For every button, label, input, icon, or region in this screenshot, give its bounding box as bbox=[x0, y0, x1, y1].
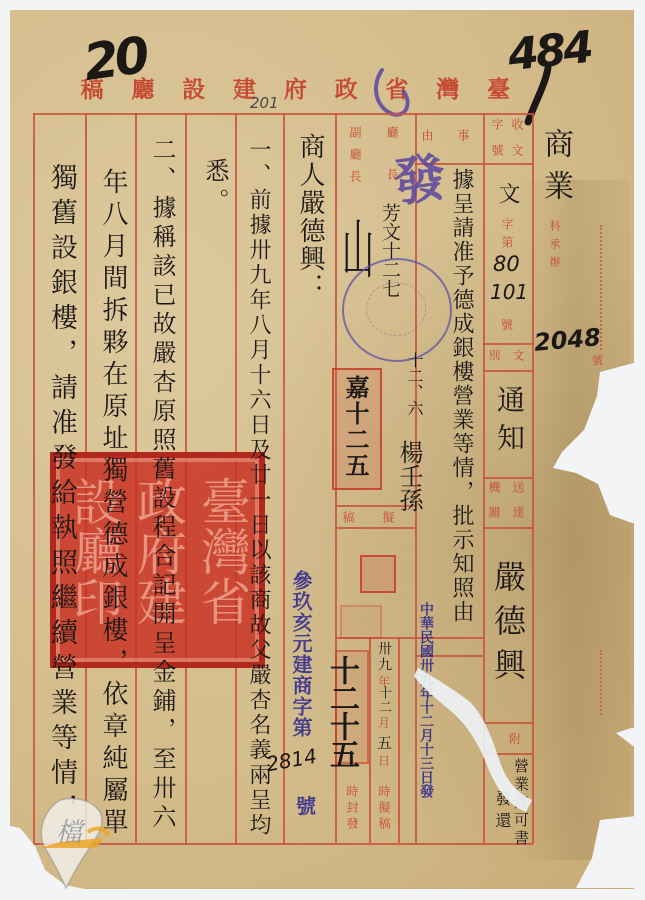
archive-watermark-logo bbox=[0, 0, 645, 900]
document-scan: 臺灣省政府建設廳稿 20 484 201 bbox=[0, 0, 645, 900]
watermark-glyph: 檔 bbox=[56, 812, 82, 849]
